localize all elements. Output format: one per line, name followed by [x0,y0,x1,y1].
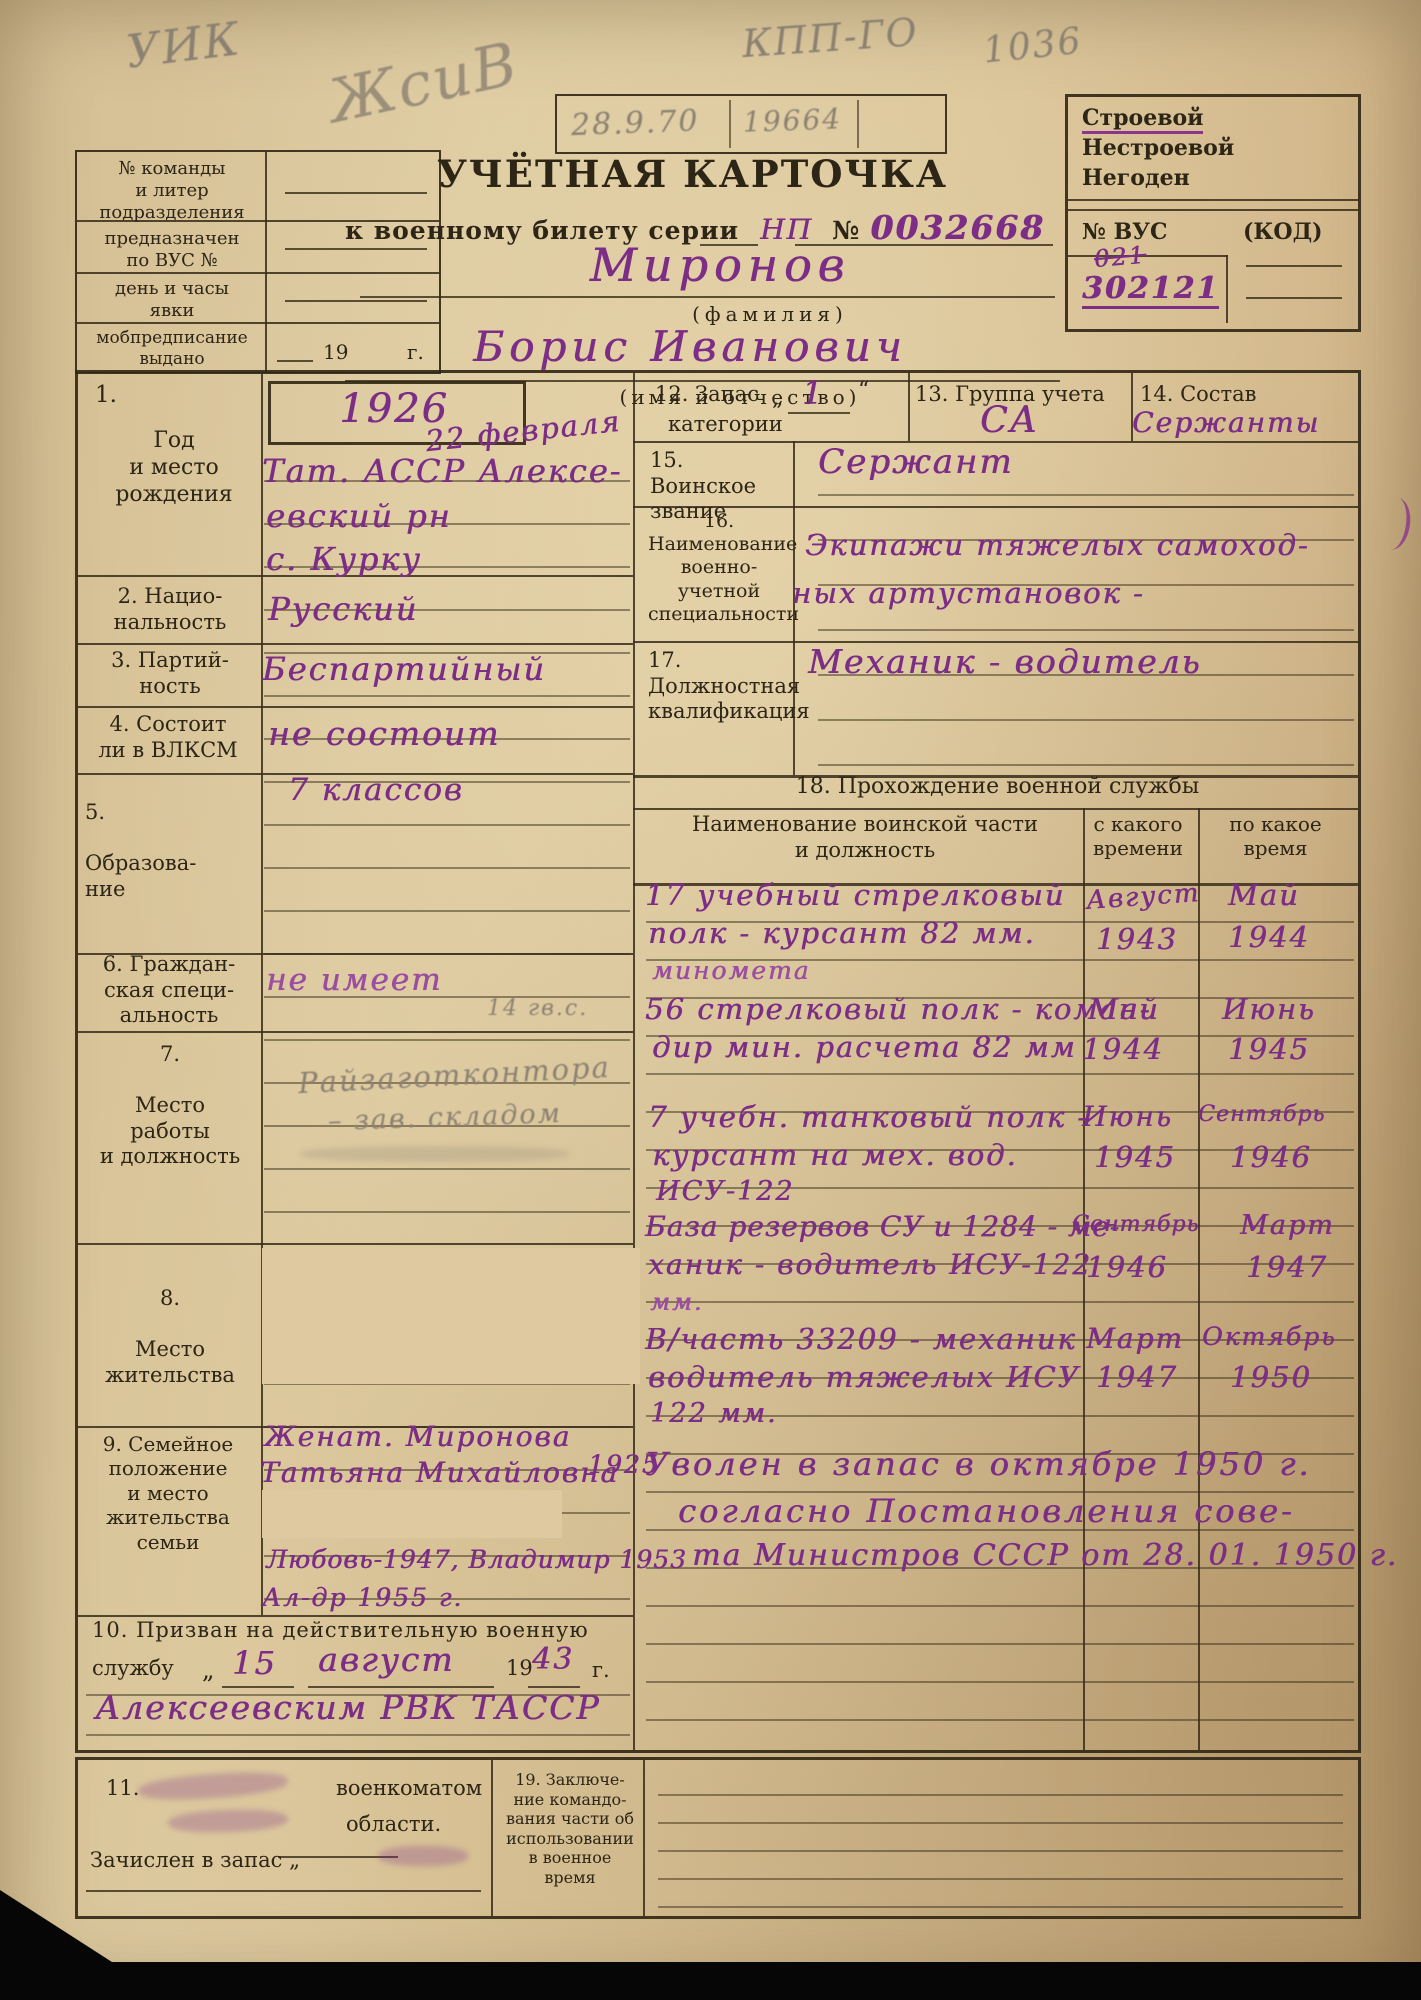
service-row2-from-year: 1944 [1082,1032,1164,1066]
pencil-date-box: 28.9.70 19664 [555,94,947,154]
field6-label: 6. Граждан- ская специ- альность [80,952,258,1029]
pencil-note-scrawl: ЖсиВ [323,29,525,137]
field10-label-line1: 10. Призван на действительную военную [92,1618,589,1642]
qualification-value: Механик - водитель [808,642,1201,681]
composition-value: Сержанты [1132,406,1320,439]
service-row2-to-month: Июнь [1222,992,1316,1026]
party-value: Беспартийный [262,650,546,688]
service-row4-to-month: Март [1240,1210,1335,1241]
field7-label: 7. Место работы и должность [85,1042,255,1170]
field16-label: 16. Наименование военно- учетной специал… [648,510,790,626]
service-row5-line2: водитель тяжелых ИСУ [648,1360,1080,1394]
admin-label-time: день и часы явки [83,278,261,322]
service-row3-to-month: Сентябрь [1198,1102,1325,1127]
pencil-date: 28.9.70 [570,104,700,143]
section18-col1-header: Наименование воинской части и должность [655,812,1075,863]
section18-title: 18. Прохождение военной службы [640,774,1355,799]
vus-label: № ВУС [1082,219,1168,245]
fitness-option-negoden: Негоден [1082,165,1190,191]
service-row4-line1: База резервов СУ и 1284 - ме- [645,1210,1120,1243]
field2-label: 2. Нацио- нальность [82,584,258,635]
bottom-box: 11. военкоматом области. Зачислен в запа… [75,1757,1361,1919]
faded-ink-smudge-1 [137,1769,288,1803]
family-line3: Любовь-1947, Владимир 1953 [266,1545,687,1574]
service-row5-to-year: 1950 [1230,1360,1312,1394]
faded-pencil-smudge [300,1146,570,1162]
service-row3-line2: курсант на мех. вод. [652,1138,1018,1172]
birth-place-line1: Тат. АССР Алексе- [262,452,622,490]
pencil-note-1036: 1036 [981,21,1084,72]
pencil-note-uik: УИК [123,11,244,79]
kod-label: (КОД) [1243,219,1323,245]
field10-label-line2: службу [92,1656,174,1680]
service-row5-line3: 122 мм. [650,1398,777,1429]
service-row2-line2: дир мин. расчета 82 мм [652,1030,1077,1064]
field11-word2: области. [346,1812,441,1836]
account-group-value: СА [980,400,1039,441]
field17-label: 17. Должностная квалификация [648,648,798,725]
service-row1-from-year: 1943 [1096,922,1178,956]
service-row2-from-month: Май [1088,992,1160,1026]
family-line4: Ал-др 1955 г. [262,1583,463,1612]
admin-label-mob: мобпредписание выдано [81,328,263,369]
field14-label: 14. Состав [1140,382,1257,406]
nationality-value: Русский [268,590,418,628]
vlksm-value: не состоит [268,714,500,753]
field12-quote-close: “ [858,378,869,403]
fitness-box: Строевой Нестроевой Негоден № ВУС (КОД) … [1065,94,1361,332]
vus-crossed-value: 021 [1093,241,1147,273]
margin-ink-mark [1381,496,1414,551]
fitness-option-nestroevoy: Нестроевой [1082,135,1234,161]
section18-col3-header: по какое время [1198,812,1353,861]
field11-word1: военкоматом [336,1776,482,1800]
field11-line3: Зачислен в запас „ [90,1848,300,1872]
field10-g: г. [592,1658,610,1682]
field10-quote: „ [202,1656,214,1684]
service-row3-from-year: 1945 [1094,1140,1176,1174]
vus-specialty-line2: ных артустановок - [792,576,1145,610]
rank-value: Сержант [818,442,1013,482]
service-row5-to-month: Октябрь [1202,1322,1337,1351]
discharge-line3: та Министров СССР от 28. 01. 1950 г. [692,1538,1398,1573]
service-row3-line3: ИСУ-122 [656,1176,794,1207]
callup-commissariat: Алексеевским РВК ТАССР [95,1688,600,1727]
service-row1-line1: 17 учебный стрелковый [645,878,1065,912]
service-row1-to-month: Май [1228,878,1300,912]
civil-specialty-value: не имеет [266,962,442,998]
fitness-option-stroevoy: Строевой [1082,105,1203,134]
faded-ink-smudge-3 [378,1846,468,1866]
field1-number: 1. [95,382,117,408]
admin-label-squad: № команды и литер подразделения [83,158,261,224]
service-row1-line3: миномета [652,956,810,985]
service-row3-from-month: Июнь [1082,1100,1173,1133]
card-title: УЧЁТНАЯ КАРТОЧКА [420,152,965,196]
service-row5-line1: В/часть 33209 - механик [645,1322,1077,1356]
service-row4-line3: мм. [650,1288,703,1316]
pencil-number: 19664 [742,102,842,138]
field3-label: 3. Партий- ность [82,648,258,699]
field12-label: 12. Запас [655,382,759,406]
vus-specialty-line1: Экипажи тяжелых самоход- [805,528,1310,562]
birth-place-line3: с. Курку [266,540,422,578]
discharge-line1: Уволен в запас в октябре 1950 г. [645,1445,1311,1483]
pencil-note-kpp: КПП-ГО [741,10,920,66]
field9-label: 9. Семейное положение и место жительства… [78,1432,258,1554]
service-row5-from-month: Март [1086,1322,1184,1355]
field5-label: 5. Образова- ние [85,800,255,902]
faded-ink-smudge-2 [168,1808,289,1834]
field8-label: 8. Место жительства [85,1286,255,1388]
service-row3-to-year: 1946 [1230,1140,1312,1174]
discharge-line2: согласно Постановления сове- [678,1492,1295,1530]
service-row2-pencil-prefix: 14 гв.с. [487,996,588,1021]
field4-label: 4. Состоит ли в ВЛКСМ [78,712,258,763]
redacted-residence [262,1248,640,1384]
education-value: 7 классов [288,772,464,808]
service-row2-line1: 56 стрелковый полк - коман- [645,992,1151,1026]
service-row5-from-year: 1947 [1096,1360,1178,1394]
field11-number: 11. [106,1776,139,1800]
service-row1-to-year: 1944 [1228,920,1310,954]
service-row4-from-month: Сентябрь [1072,1212,1199,1237]
field19-label: 19. Заключе- ние командо- вания части об… [502,1770,638,1887]
service-row4-line2: ханик - водитель ИСУ-122 [648,1248,1092,1281]
service-row3-line1: 7 учебн. танковый полк - [648,1100,1089,1134]
paper-sheet: УИК ЖсиВ КПП-ГО 1036 № команды и литер п… [0,0,1421,2000]
scanned-military-registration-card: УИК ЖсиВ КПП-ГО 1036 № команды и литер п… [0,0,1421,2000]
section18-col2-header: с какого времени [1082,812,1194,861]
field12-label2: категории [668,412,783,436]
family-line2: Татьяна Михайловна [260,1456,619,1489]
service-row4-from-year: 1946 [1086,1250,1168,1284]
vus-value: 302121 [1082,271,1219,309]
birth-place-line2: евский рн [266,497,452,535]
field1-label: Год и место рождения [90,428,258,508]
service-row4-to-year: 1947 [1246,1250,1328,1284]
family-line1: Женат. Миронова [264,1420,571,1453]
field12-quote-open: „ [772,386,783,411]
admin-label-vus: предназначен по ВУС № [83,228,261,272]
service-row1-line2: полк - курсант 82 мм. [648,916,1036,950]
service-row2-to-year: 1945 [1228,1032,1310,1066]
redacted-family-address [262,1490,562,1538]
